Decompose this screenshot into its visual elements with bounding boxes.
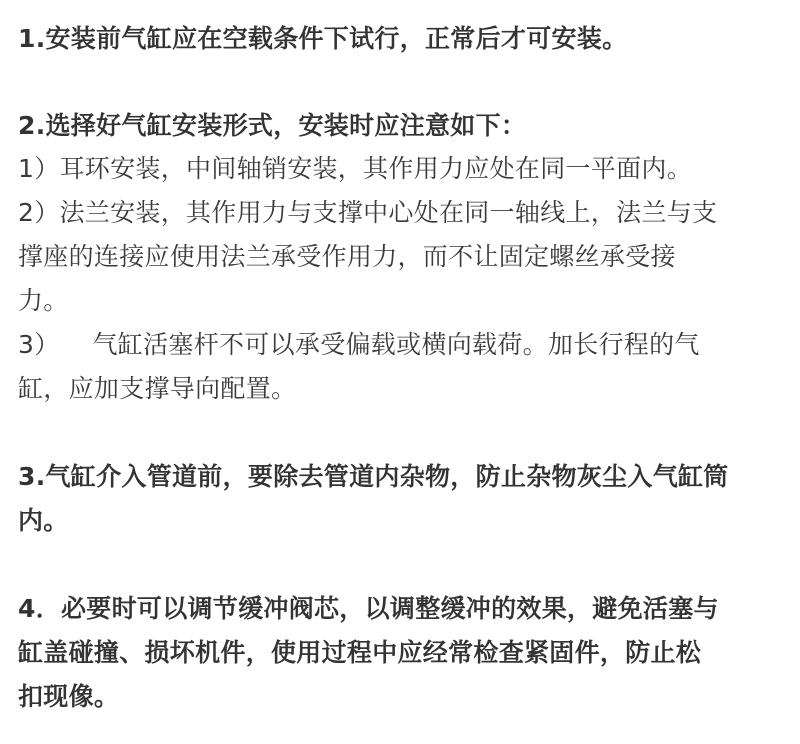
step-2-item-1: 1）耳环安装，中间轴销安装，其作用力应处在同一平面内。 bbox=[18, 147, 798, 190]
document-body: 1.安装前气缸应在空载条件下试行，正常后才可安装。 2.选择好气缸安装形式，安装… bbox=[0, 0, 800, 744]
step-2-item-2-line-2: 撑座的连接应使用法兰承受作用力，而不让固定螺丝承受接 bbox=[18, 235, 798, 278]
step-4-line-3: 扣现像。 bbox=[18, 675, 798, 718]
step-3-line-2: 内。 bbox=[18, 499, 798, 542]
step-2-item-2-line-3: 力。 bbox=[18, 279, 798, 322]
step-1-text: 1.安装前气缸应在空载条件下试行，正常后才可安装。 bbox=[18, 17, 798, 60]
step-2-item-3-line-2: 缸，应加支撑导向配置。 bbox=[18, 367, 798, 410]
step-2-heading: 2.选择好气缸安装形式，安装时应注意如下： bbox=[18, 104, 798, 147]
step-4-line-1: 4．必要时可以调节缓冲阀芯，以调整缓冲的效果，避免活塞与 bbox=[18, 587, 798, 630]
step-4-line-2: 缸盖碰撞、损坏机件，使用过程中应经常检查紧固件，防止松 bbox=[18, 631, 798, 674]
step-3-line-1: 3.气缸介入管道前，要除去管道内杂物，防止杂物灰尘入气缸筒 bbox=[18, 455, 798, 498]
step-2-item-2-line-1: 2）法兰安装，其作用力与支撑中心处在同一轴线上，法兰与支 bbox=[18, 191, 798, 234]
step-2-item-3-line-1: 3） 气缸活塞杆不可以承受偏载或横向载荷。加长行程的气 bbox=[18, 323, 798, 366]
